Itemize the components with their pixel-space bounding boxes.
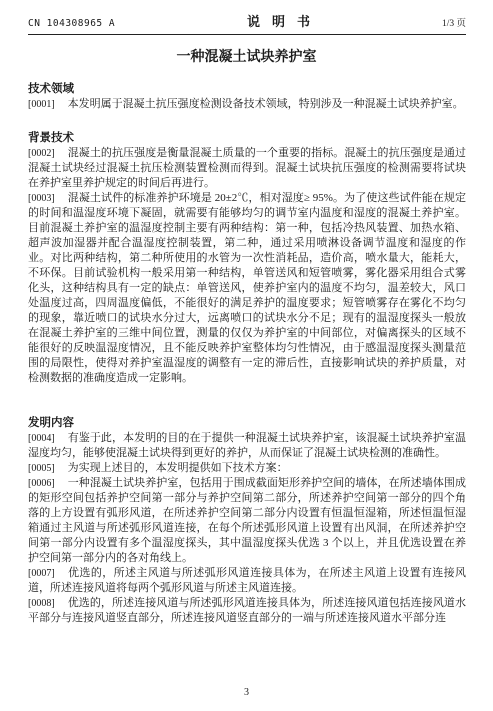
paragraph-text: 混凝土的抗压强度是衡量混凝土质量的一个重要的指标。混凝土的抗压强度是通过混凝土试… [28, 147, 466, 189]
paragraph-number: [0008] [28, 598, 55, 609]
invention-title: 一种混凝土试块养护室 [0, 46, 493, 66]
paragraph-number: [0005] [28, 463, 55, 474]
paragraph-text: 混凝土试件的标准养护环境是 20±2℃，相对湿度≥ 95%。为了使这些试件能在规… [28, 192, 466, 384]
publication-number: CN 104308965 A [28, 18, 115, 29]
page-number: 3 [244, 687, 249, 698]
paragraph-0006: [0006]一种混凝土试块养护室，包括用于围成截面矩形养护空间的墙体，在所述墙体… [28, 476, 466, 566]
paragraph-0001: [0001]本发明属于混凝土抗压强度检测设备技术领域，特别涉及一种混凝土试块养护… [28, 97, 466, 112]
paragraph-text: 一种混凝土试块养护室，包括用于围成截面矩形养护空间的墙体，在所述墙体围成的矩形空… [28, 477, 466, 564]
paragraph-number: [0003] [28, 193, 55, 204]
paragraph-text: 优选的，所述连接风道与所述弧形风道连接具体为，所述连接风道包括连接风道水平部分与… [28, 597, 466, 624]
paragraph-0007: [0007]优选的，所述主风道与所述弧形风道连接具体为，在所述主风道上设置有连接… [28, 566, 466, 596]
paragraph-0005: [0005]为实现上述目的，本发明提供如下技术方案： [28, 461, 466, 476]
document-type-label: 说明书 [247, 11, 322, 30]
page-indicator: 1/3 页 [442, 15, 466, 29]
document-body: 技术领域 [0001]本发明属于混凝土抗压强度检测设备技术领域，特别涉及一种混凝… [28, 82, 466, 626]
paragraph-number: [0007] [28, 568, 55, 579]
paragraph-0004: [0004]有鉴于此，本发明的目的在于提供一种混凝土试块养护室，该混凝土试块养护… [28, 431, 466, 461]
section-heading-summary-of-invention: 发明内容 [28, 416, 466, 431]
paragraph-number: [0001] [28, 99, 55, 110]
section-heading-technical-field: 技术领域 [28, 82, 466, 97]
paragraph-text: 本发明属于混凝土抗压强度检测设备技术领域，特别涉及一种混凝土试块养护室。 [68, 98, 464, 110]
paragraph-number: [0006] [28, 478, 55, 489]
paragraph-0008: [0008]优选的，所述连接风道与所述弧形风道连接具体为，所述连接风道包括连接风… [28, 596, 466, 626]
paragraph-number: [0004] [28, 433, 55, 444]
patent-specification-page: CN 104308965 A 说明书 1/3 页 一种混凝土试块养护室 技术领域… [0, 0, 493, 711]
paragraph-text: 优选的，所述主风道与所述弧形风道连接具体为，在所述主风道上设置有连接风道，所述连… [28, 567, 466, 594]
paragraph-text: 有鉴于此，本发明的目的在于提供一种混凝土试块养护室，该混凝土试块养护室温湿度均匀… [28, 432, 466, 459]
paragraph-0002: [0002]混凝土的抗压强度是衡量混凝土质量的一个重要的指标。混凝土的抗压强度是… [28, 146, 466, 191]
paragraph-number: [0002] [28, 148, 55, 159]
paragraph-0003: [0003]混凝土试件的标准养护环境是 20±2℃，相对湿度≥ 95%。为了使这… [28, 191, 466, 386]
page-footer: 3 [0, 687, 493, 698]
page-header: CN 104308965 A 说明书 1/3 页 [28, 11, 466, 35]
header-row: CN 104308965 A 说明书 1/3 页 [28, 11, 466, 35]
paragraph-text: 为实现上述目的，本发明提供如下技术方案： [68, 462, 288, 474]
section-heading-background-art: 背景技术 [28, 131, 466, 146]
